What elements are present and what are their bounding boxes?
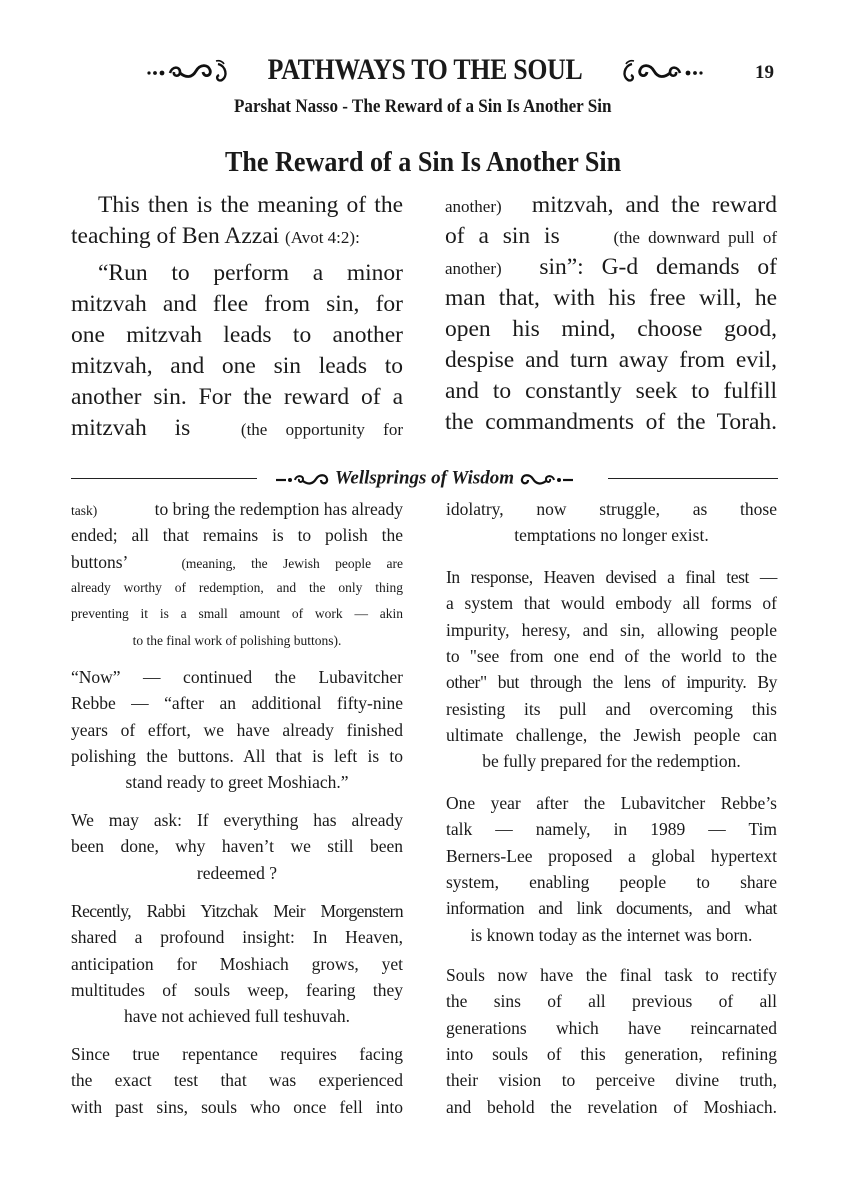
text-line: multitudes of souls weep, fearing they bbox=[71, 977, 403, 1003]
text-span: buttons’ bbox=[71, 549, 128, 575]
text-line: Since true repentance requires facing bbox=[71, 1041, 403, 1067]
divider-label: Wellsprings of Wisdom bbox=[335, 468, 514, 489]
text-line: the exact test that was experienced bbox=[71, 1067, 403, 1093]
text-line: a system that would embody all forms of bbox=[446, 590, 777, 616]
divider-label-group: Wellsprings of Wisdom bbox=[71, 465, 778, 492]
text-span: mitzvah, and the reward bbox=[532, 190, 777, 221]
left-scroll-ornament-icon bbox=[146, 58, 234, 84]
text-line: and behold the revelation of Moshiach. bbox=[446, 1094, 777, 1120]
parenthetical: (meaning, the Jewish people are bbox=[181, 551, 403, 577]
text-line: mitzvah is (the opportunity for bbox=[71, 413, 403, 444]
text-line: other" but through the lens of impurity.… bbox=[446, 669, 777, 695]
text-line: open his mind, choose good, bbox=[445, 314, 777, 345]
text-line: ended; all that remains is to polish the bbox=[71, 522, 403, 548]
text-line: stand ready to greet Moshiach.” bbox=[71, 769, 403, 795]
text-line: mitzvah, and one sin leads to bbox=[71, 351, 403, 382]
text-line: to "see from one end of the world to the bbox=[446, 643, 777, 669]
text-line: Rebbe — “after an additional fifty-nine bbox=[71, 690, 403, 716]
text-line: talk — namely, in 1989 — Tim bbox=[446, 816, 777, 842]
page-number: 19 bbox=[755, 62, 774, 84]
text-line: another) mitzvah, and the reward bbox=[445, 190, 777, 221]
note-line: to the final work of polishing buttons). bbox=[71, 628, 403, 654]
right-scroll-ornament-icon bbox=[616, 58, 704, 84]
text-line: One year after the Lubavitcher Rebbe’s bbox=[446, 790, 777, 816]
left-flourish-ornament-icon bbox=[276, 470, 330, 488]
right-flourish-ornament-icon bbox=[519, 470, 573, 488]
text-span: to bring the redemption has already bbox=[155, 496, 403, 522]
text-line: task) to bring the redemption has alread… bbox=[71, 496, 403, 522]
article-title-text: The Reward of a Sin Is Another Sin bbox=[225, 146, 621, 179]
chapter-subtitle-text: Parshat Nasso - The Reward of a Sin Is A… bbox=[234, 96, 612, 118]
citation: (Avot 4:2): bbox=[285, 228, 360, 247]
parenthetical: another) bbox=[445, 253, 502, 284]
text-line: years of effort, we have already finishe… bbox=[71, 717, 403, 743]
text-line: another) sin”: G-d demands of bbox=[445, 252, 777, 283]
text-span: mitzvah is bbox=[71, 413, 190, 444]
text-line: be fully prepared for the redemption. bbox=[446, 748, 777, 774]
text-span: of a sin is bbox=[445, 221, 560, 252]
text-line: man that, with his free will, he bbox=[445, 283, 777, 314]
text-line: buttons’ (meaning, the Jewish people are bbox=[71, 549, 403, 575]
text-line: Recently, Rabbi Yitzchak Meir Morgenster… bbox=[71, 898, 403, 924]
text-line: have not achieved full teshuvah. bbox=[71, 1003, 403, 1029]
text-line: their vision to perceive divine truth, bbox=[446, 1067, 777, 1093]
text-line: polishing the buttons. All that is left … bbox=[71, 743, 403, 769]
text-line: “Run to perform a minor bbox=[98, 258, 403, 289]
text-line: idolatry, now struggle, as those bbox=[446, 496, 777, 522]
text-line: This then is the meaning of the bbox=[98, 190, 403, 221]
running-title: PATHWAYS TO THE SOUL bbox=[268, 52, 583, 88]
parenthetical: another) bbox=[445, 191, 502, 222]
parenthetical: (the downward pull of bbox=[613, 222, 777, 253]
text-line: redeemed ? bbox=[71, 860, 403, 886]
running-title-group: PATHWAYS TO THE SOUL bbox=[130, 52, 720, 88]
text-line: In response, Heaven devised a final test… bbox=[446, 564, 777, 590]
text-line: been done, why haven’t we still been bbox=[71, 833, 403, 859]
text-line: resisting its pull and overcoming this bbox=[446, 696, 777, 722]
text-line: with past sins, souls who once fell into bbox=[71, 1094, 403, 1120]
text-line: shared a profound insight: In Heaven, bbox=[71, 924, 403, 950]
parenthetical: task) bbox=[71, 498, 97, 524]
text-span: sin”: G-d demands of bbox=[539, 252, 777, 283]
text-line: despise and turn away from evil, bbox=[445, 345, 777, 376]
note-line: already worthy of redemption, and the on… bbox=[71, 575, 403, 601]
text-line: into souls of this generation, refining bbox=[446, 1041, 777, 1067]
text-line: temptations no longer exist. bbox=[446, 522, 777, 548]
chapter-subtitle: Parshat Nasso - The Reward of a Sin Is A… bbox=[0, 96, 846, 118]
article-title: The Reward of a Sin Is Another Sin bbox=[0, 146, 846, 179]
text-line: the commandments of the Torah. bbox=[445, 407, 777, 438]
text-line: one mitzvah leads to another bbox=[71, 320, 403, 351]
text-line: “Now” — continued the Lubavitcher bbox=[71, 664, 403, 690]
text-line: the sins of all previous of all bbox=[446, 988, 777, 1014]
text-line: is known today as the internet was born. bbox=[446, 922, 777, 948]
text-line: impurity, heresy, and sin, allowing peop… bbox=[446, 617, 777, 643]
text-line: of a sin is (the downward pull of bbox=[445, 221, 777, 252]
text-line: ultimate challenge, the Jewish people ca… bbox=[446, 722, 777, 748]
running-header: PATHWAYS TO THE SOUL 19 bbox=[0, 52, 846, 92]
note-line: preventing it is a small amount of work … bbox=[71, 601, 403, 627]
text-line: We may ask: If everything has already bbox=[71, 807, 403, 833]
text-line: mitzvah and flee from sin, for bbox=[71, 289, 403, 320]
text-line: Souls now have the final task to rectify bbox=[446, 962, 777, 988]
text-line: Berners-Lee proposed a global hypertext bbox=[446, 843, 777, 869]
section-divider: Wellsprings of Wisdom bbox=[71, 465, 778, 491]
text-line: system, enabling people to share bbox=[446, 869, 777, 895]
text-line: anticipation for Moshiach grows, yet bbox=[71, 951, 403, 977]
text-line: teaching of Ben Azzai (Avot 4:2): bbox=[71, 221, 403, 252]
text-line: another sin. For the reward of a bbox=[71, 382, 403, 413]
text-line: generations which have reincarnated bbox=[446, 1015, 777, 1041]
text-line: and to constantly seek to fulfill bbox=[445, 376, 777, 407]
text-line: information and link documents, and what bbox=[446, 895, 777, 921]
parenthetical: (the opportunity for bbox=[241, 414, 403, 445]
text-span: teaching of Ben Azzai bbox=[71, 223, 279, 249]
book-page: PATHWAYS TO THE SOUL 19 Parshat Nasso - … bbox=[0, 0, 846, 1200]
